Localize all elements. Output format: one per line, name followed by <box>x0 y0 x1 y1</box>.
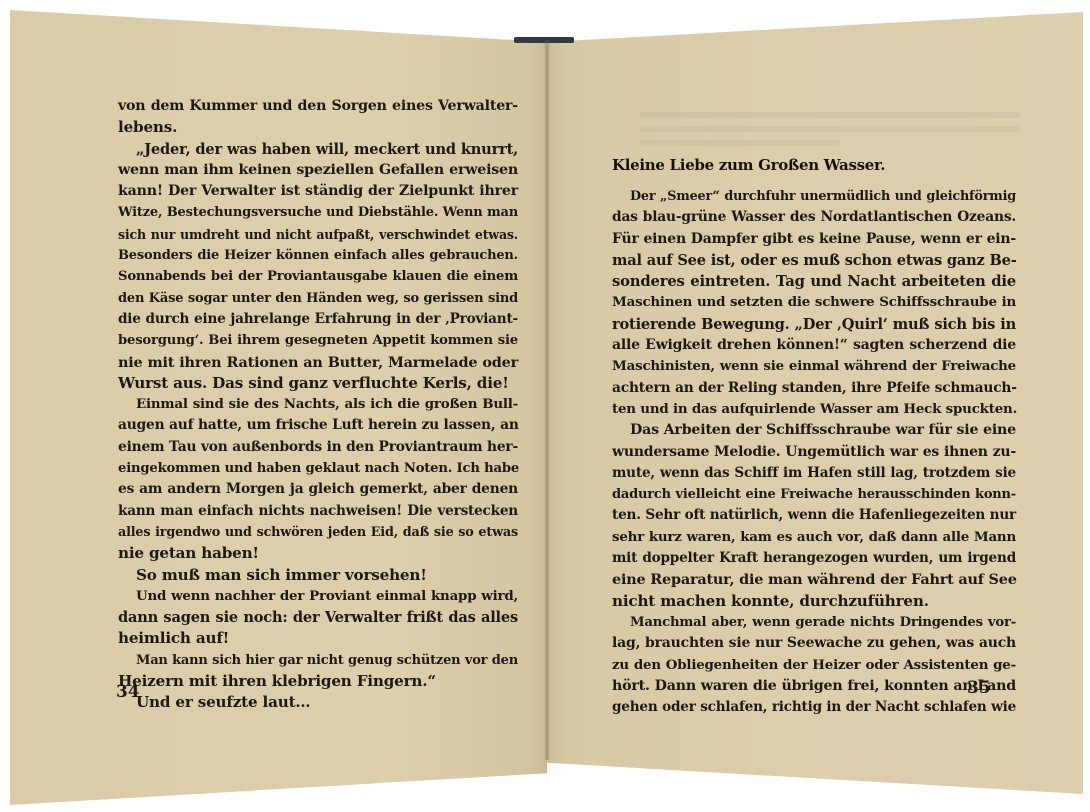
show-through-text <box>640 126 1020 132</box>
text-line: sonderes eintreten. Tag und Nacht arbeit… <box>612 271 1016 292</box>
text-line: Für einen Dampfer gibt es keine Pause, w… <box>612 229 1016 250</box>
text-line: mal auf See ist, oder es muß schon etwas… <box>612 250 1016 271</box>
text-line: sehr kurz waren, kam es auch vor, daß da… <box>612 527 1016 548</box>
text-line: Sonnabends bei der Proviantausgabe klaue… <box>118 266 518 287</box>
text-line: nicht machen konnte, durchzuführen. <box>612 591 1016 612</box>
text-line: Das Arbeiten der Schiffsschraube war für… <box>612 420 1016 441</box>
text-line: von dem Kummer und den Sorgen eines Verw… <box>118 96 518 117</box>
text-line: Wurst aus. Das sind ganz verfluchte Kerl… <box>118 373 518 394</box>
text-line: die durch eine jahrelange Erfahrung in d… <box>118 309 518 330</box>
text-line: wenn man ihm keinen speziellen Gefallen … <box>118 160 518 181</box>
text-line: ten und in das aufquirlende Wasser am He… <box>612 399 1016 420</box>
text-line: Und wenn nachher der Proviant einmal kna… <box>118 586 518 607</box>
text-line: sich nur umdreht und nicht aufpaßt, vers… <box>118 224 518 245</box>
text-line: es am andern Morgen ja gleich gemerkt, a… <box>118 479 518 500</box>
text-line: besorgung‘. Bei ihrem gesegneten Appetit… <box>118 330 518 351</box>
text-line: lag, brauchten sie nur Seewache zu gehen… <box>612 633 1016 654</box>
text-line: Und er seufzte laut… <box>118 692 518 713</box>
text-line: kann! Der Verwalter ist ständig der Ziel… <box>118 181 518 202</box>
text-line: Man kann sich hier gar nicht genug schüt… <box>118 650 518 671</box>
text-line: augen auf hatte, um frische Luft herein … <box>118 415 518 436</box>
text-line: Manchmal aber, wenn gerade nichts Dringe… <box>612 612 1016 633</box>
text-line: alle Ewigkeit drehen können!“ sagten sch… <box>612 335 1016 356</box>
text-line: hört. Dann waren die übrigen frei, konnt… <box>612 676 1016 697</box>
text-line: kann man einfach nichts nachweisen! Die … <box>118 501 518 522</box>
left-page-body: von dem Kummer und den Sorgen eines Verw… <box>118 96 518 714</box>
text-line: Maschinen und setzten die schwere Schiff… <box>612 292 1016 313</box>
text-line: Maschinisten, wenn sie einmal während de… <box>612 356 1016 377</box>
text-line: lebens. <box>118 117 518 138</box>
text-line: Besonders die Heizer können einfach alle… <box>118 245 518 266</box>
text-line: eingekommen und haben geklaut nach Noten… <box>118 458 518 479</box>
chapter-heading: Kleine Liebe zum Großen Wasser. <box>612 156 885 174</box>
text-line: nie getan haben! <box>118 543 518 564</box>
text-line: zu den Obliegenheiten der Heizer oder As… <box>612 655 1016 676</box>
text-line: achtern an der Reling standen, ihre Pfei… <box>612 378 1016 399</box>
text-line: ten. Sehr oft natürlich, wenn die Hafenl… <box>612 505 1016 526</box>
text-line: gehen oder schlafen, richtig in der Nach… <box>612 697 1016 718</box>
text-line: Witze, Bestechungsversuche und Diebstähl… <box>118 202 518 223</box>
text-line: wundersame Melodie. Ungemütlich war es i… <box>612 442 1016 463</box>
gutter-shadow <box>544 40 550 760</box>
text-line: Einmal sind sie des Nachts, als ich die … <box>118 394 518 415</box>
text-line: So muß man sich immer vorsehen! <box>118 565 518 586</box>
text-line: dadurch vielleicht eine Freiwache heraus… <box>612 484 1016 505</box>
right-page-body: Der „Smeer“ durchfuhr unermüdlich und gl… <box>612 186 1016 718</box>
text-line: nie mit ihren Rationen an Butter, Marmel… <box>118 352 518 373</box>
text-line: mute, wenn das Schiff im Hafen still lag… <box>612 463 1016 484</box>
page-number-left: 34 <box>116 682 140 702</box>
text-line: heimlich auf! <box>118 628 518 649</box>
text-line: Heizern mit ihren klebrigen Fingern.“ <box>118 671 518 692</box>
text-line: dann sagen sie noch: der Verwalter frißt… <box>118 607 518 628</box>
text-line: rotierende Bewegung. „Der ‚Quirl‘ muß si… <box>612 314 1016 335</box>
show-through-text <box>640 112 1020 118</box>
text-line: alles irgendwo und schwören jeden Eid, d… <box>118 522 518 543</box>
text-line: den Käse sogar unter den Händen weg, so … <box>118 288 518 309</box>
text-line: mit doppelter Kraft herangezogen wurden,… <box>612 548 1016 569</box>
text-line: Der „Smeer“ durchfuhr unermüdlich und gl… <box>612 186 1016 207</box>
page-number-right: 35 <box>967 678 991 698</box>
open-book: von dem Kummer und den Sorgen eines Verw… <box>0 0 1090 812</box>
text-line: einem Tau von außenbords in den Proviant… <box>118 437 518 458</box>
text-line: das blau-grüne Wasser des Nordatlantisch… <box>612 207 1016 228</box>
text-line: eine Reparatur, die man während der Fahr… <box>612 569 1016 590</box>
text-line: „Jeder, der was haben will, meckert und … <box>118 139 518 160</box>
show-through-text <box>640 140 840 146</box>
